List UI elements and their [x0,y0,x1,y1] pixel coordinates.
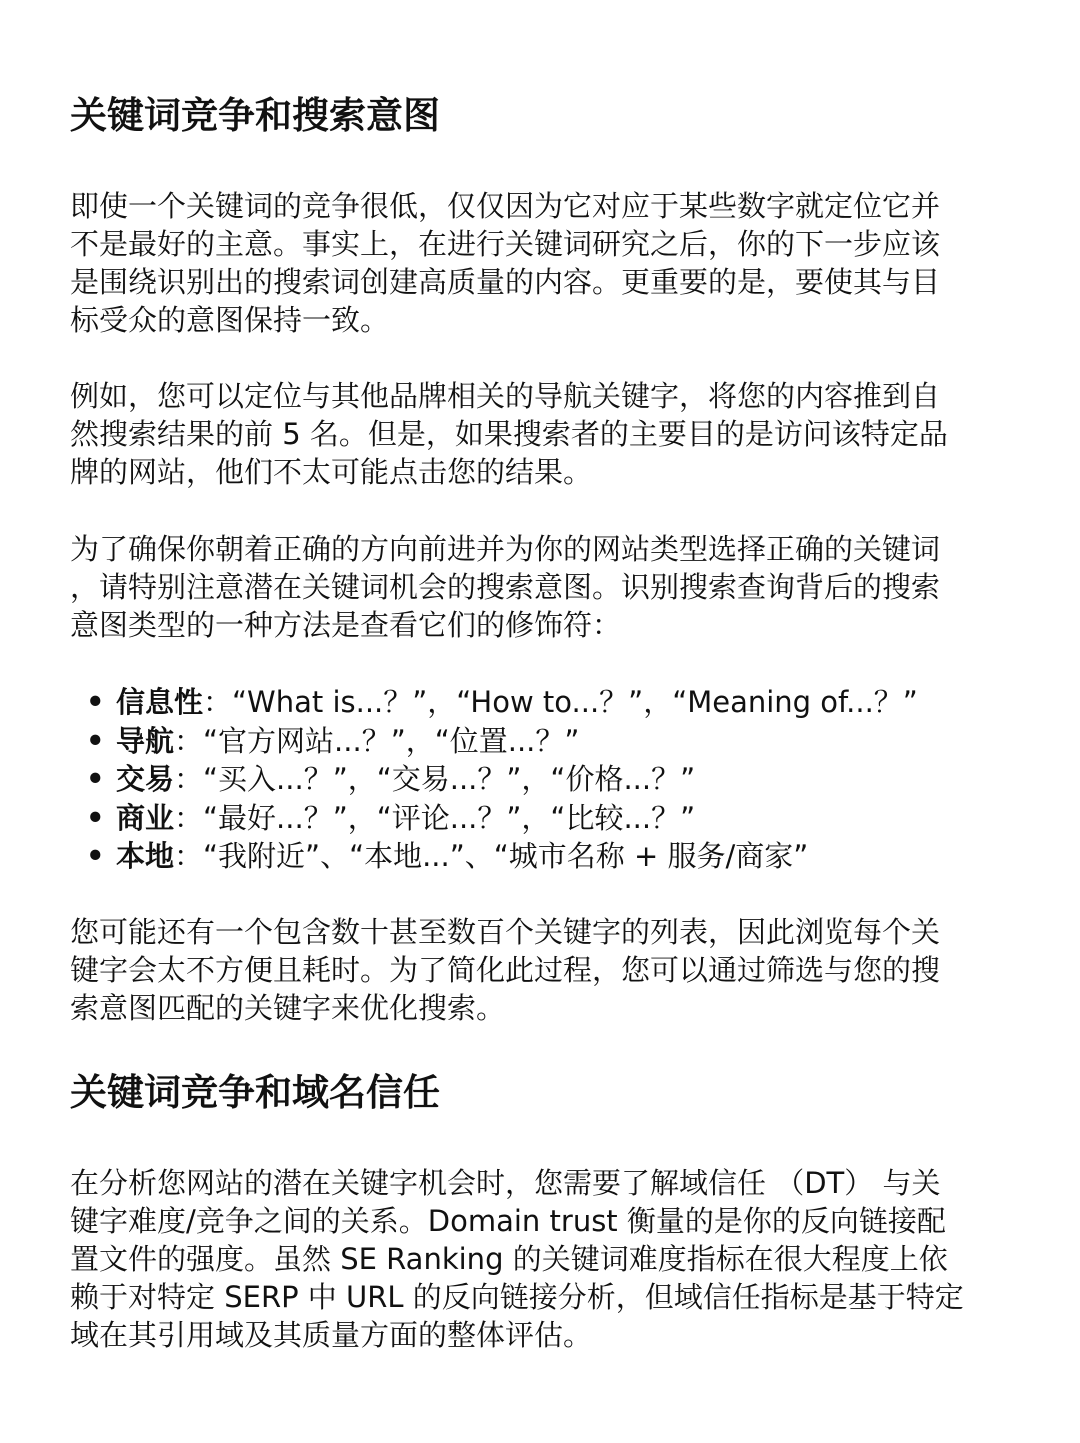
intent-item-transactional: 交易：“买入...？”，“交易...？”，“价格...？” [70,760,918,799]
intent-list: 信息性：“What is...？”，“How to...？”，“Meaning … [70,683,918,876]
section-heading-domain-trust: 关键词竞争和域名信任 [70,1071,440,1115]
intent-label: 交易 [116,762,174,796]
paragraph-navigation-example: 例如，您可以定位与其他品牌相关的导航关键字，将您的内容推到自 然搜索结果的前 5… [70,377,1010,491]
intent-item-local: 本地：“我附近”、“本地...”、“城市名称 + 服务/商家” [70,837,918,876]
intent-examples: ：“我附近”、“本地...”、“城市名称 + 服务/商家” [174,839,808,873]
intent-examples: ：“买入...？”，“交易...？”，“价格...？” [174,762,695,796]
text-line: 意图类型的一种方法是查看它们的修饰符： [70,606,1010,644]
paragraph-intro: 即使一个关键词的竞争很低，仅仅因为它对应于某些数字就定位它并 不是最好的主意。事… [70,187,1010,339]
section-heading-search-intent: 关键词竞争和搜索意图 [70,94,440,138]
text-line: 域在其引用域及其质量方面的整体评估。 [70,1316,1010,1354]
text-line: 例如，您可以定位与其他品牌相关的导航关键字，将您的内容推到自 [70,377,1010,415]
text-line: 即使一个关键词的竞争很低，仅仅因为它对应于某些数字就定位它并 [70,187,1010,225]
text-line: 是围绕识别出的搜索词创建高质量的内容。更重要的是，要使其与目 [70,263,1010,301]
intent-label: 商业 [116,801,174,835]
paragraph-filter-keywords: 您可能还有一个包含数十甚至数百个关键字的列表，因此浏览每个关 键字会太不方便且耗… [70,913,1010,1027]
text-line: 在分析您网站的潜在关键字机会时，您需要了解域信任 （DT） 与关 [70,1164,1010,1202]
text-line: ，请特别注意潜在关键词机会的搜索意图。识别搜索查询背后的搜索 [70,568,1010,606]
text-line: 您可能还有一个包含数十甚至数百个关键字的列表，因此浏览每个关 [70,913,1010,951]
text-line: 然搜索结果的前 5 名。但是，如果搜索者的主要目的是访问该特定品 [70,415,1010,453]
text-line: 牌的网站，他们不太可能点击您的结果。 [70,453,1010,491]
intent-label: 信息性 [116,685,203,719]
intent-item-commercial: 商业：“最好...？”，“评论...？”，“比较...？” [70,799,918,838]
intent-examples: ：“最好...？”，“评论...？”，“比较...？” [174,801,695,835]
intent-item-informational: 信息性：“What is...？”，“How to...？”，“Meaning … [70,683,918,722]
text-line: 为了确保你朝着正确的方向前进并为你的网站类型选择正确的关键词 [70,530,1010,568]
text-line: 索意图匹配的关键字来优化搜索。 [70,989,1010,1027]
text-line: 键字会太不方便且耗时。为了简化此过程，您可以通过筛选与您的搜 [70,951,1010,989]
text-line: 置文件的强度。虽然 SE Ranking 的关键词难度指标在很大程度上依 [70,1240,1010,1278]
paragraph-domain-trust: 在分析您网站的潜在关键字机会时，您需要了解域信任 （DT） 与关 键字难度/竞争… [70,1164,1010,1354]
text-line: 键字难度/竞争之间的关系。Domain trust 衡量的是你的反向链接配 [70,1202,1010,1240]
text-line: 标受众的意图保持一致。 [70,301,1010,339]
text-line: 不是最好的主意。事实上，在进行关键词研究之后，你的下一步应该 [70,225,1010,263]
text-line: 赖于对特定 SERP 中 URL 的反向链接分析，但域信任指标是基于特定 [70,1278,1010,1316]
intent-examples: ：“What is...？”，“How to...？”，“Meaning of.… [203,685,918,719]
intent-item-navigational: 导航：“官方网站...？”，“位置...？” [70,722,918,761]
intent-label: 导航 [116,724,174,758]
intent-label: 本地 [116,839,174,873]
intent-examples: ：“官方网站...？”，“位置...？” [174,724,579,758]
paragraph-intent-modifiers: 为了确保你朝着正确的方向前进并为你的网站类型选择正确的关键词 ，请特别注意潜在关… [70,530,1010,644]
